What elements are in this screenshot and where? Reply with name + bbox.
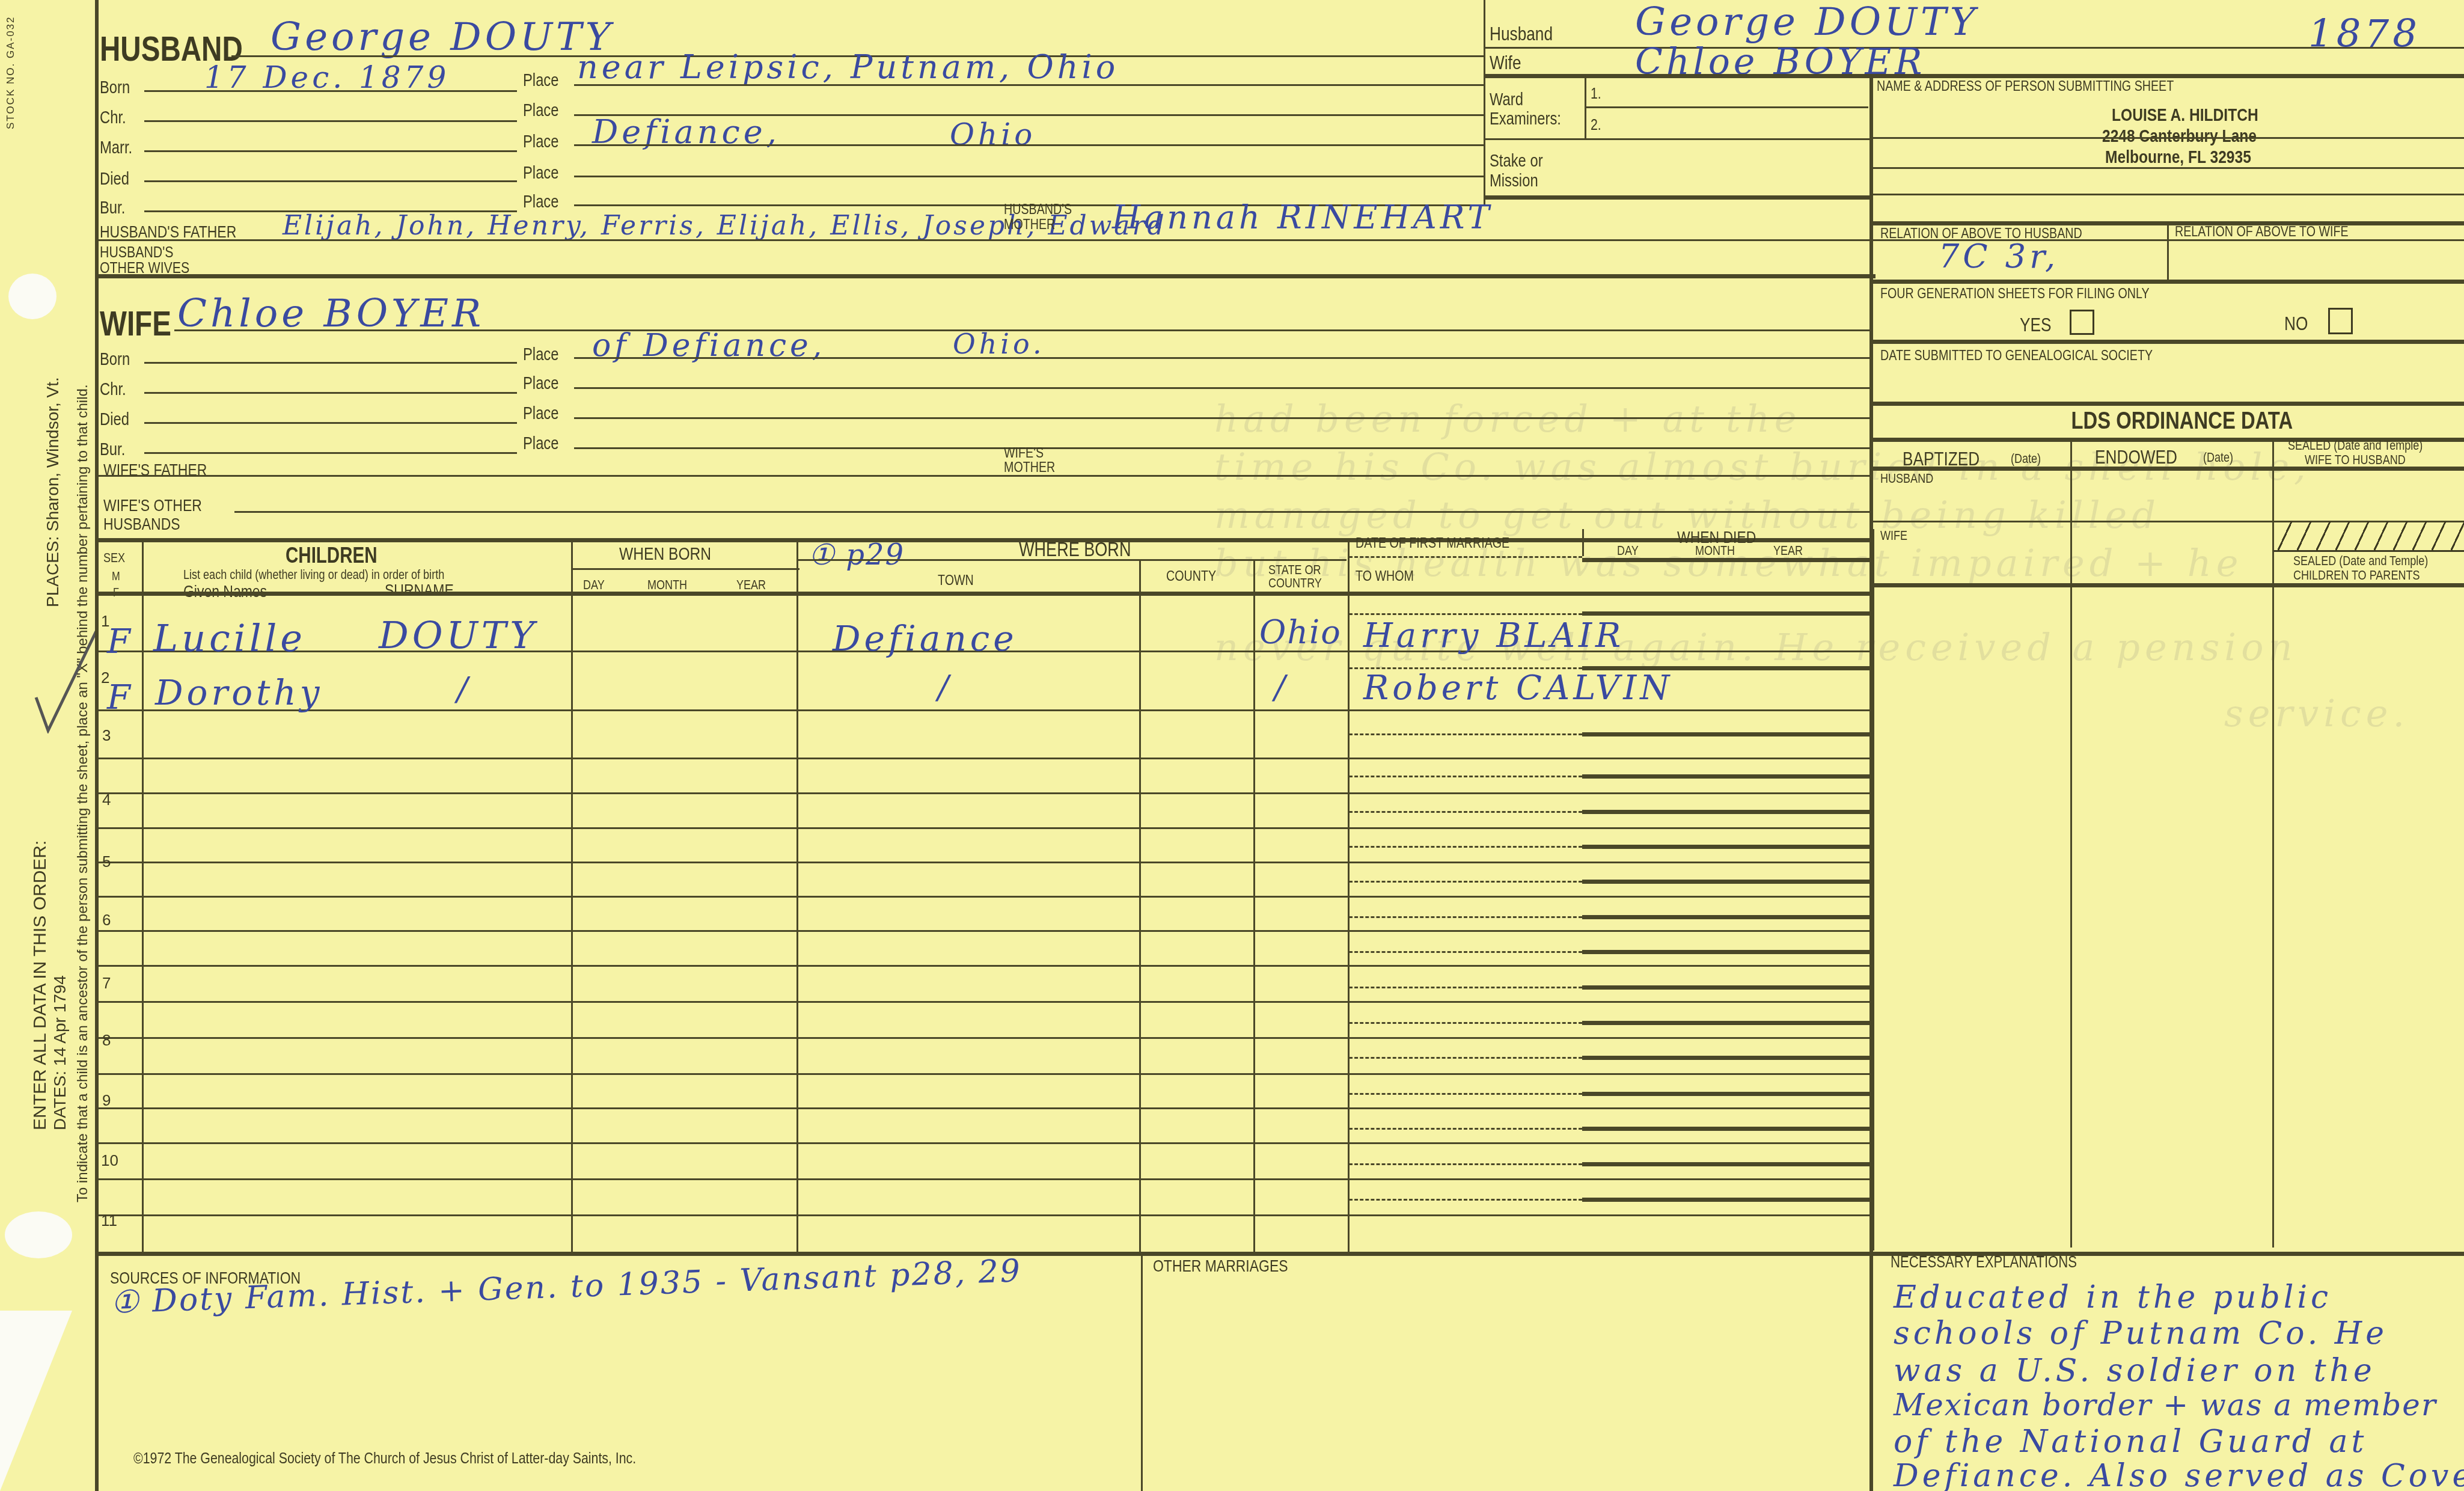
place-label: Place [523,132,558,152]
marriage-dash [1349,1163,1582,1165]
died-line [1582,1162,1871,1166]
relation-husband-value[interactable]: 7C 3r, [1939,237,2059,275]
lds-husband-row: HUSBAND [1880,471,1933,486]
marriage-dash [1349,881,1582,883]
panel-wife-line [1485,74,2464,78]
wife-born-label: Born [100,350,130,370]
lds-col-1 [2070,439,2072,1248]
submitter-city: Melbourne, FL 32935 [2105,147,2251,168]
died-line [1582,1198,1871,1202]
wife-died-place-line [574,417,1869,419]
wife-chr-place-line [574,387,1869,389]
county-header: COUNTY [1166,568,1216,585]
row-line [96,1037,1872,1039]
m-header: M [112,570,120,584]
wife-chr-label: Chr. [100,380,126,400]
child-sex[interactable]: F [107,622,134,661]
date-submitted-bottom [1871,402,2464,406]
wife-born-place-line [574,357,1869,359]
ward-examiner-2[interactable]: 2. [1591,115,1601,134]
place-label: Place [523,434,558,454]
row-line [96,965,1872,967]
husband-died-place-line [574,176,1485,177]
row-line [96,1214,1872,1216]
died-line [1582,845,1871,849]
marriage-dash [1349,1093,1582,1095]
to-whom-header: TO WHOM [1356,568,1414,585]
died-line [1582,774,1871,779]
panel-year[interactable]: 1878 [2308,12,2421,57]
family-group-sheet: had been forced + at the time his Co. wa… [0,0,2464,1491]
wife-bur-line [144,452,517,454]
child-given-name[interactable]: Dorothy [155,672,323,713]
died-line [1582,915,1871,919]
submitter-line-2 [1871,167,2464,169]
husband-born-place-line [574,84,1485,86]
checkmark-icon [30,625,102,733]
died-line [1582,1021,1871,1025]
sources-divider [1141,1253,1143,1491]
marriage-dash [1349,1199,1582,1201]
husbands-mother-label-2: MOTHER [1004,216,1055,233]
when-died-divider [1582,529,1584,556]
child-surname[interactable]: DOUTY [379,613,538,657]
bottom-section-top [96,1252,2464,1256]
town-header: TOWN [938,572,974,589]
first-marriage-dash [1349,556,1582,558]
wife-heading: WIFE [100,304,171,344]
died-label: Died [100,170,129,189]
child-town[interactable]: / [938,669,952,706]
row-number-3: 3 [102,726,111,745]
row-line [96,827,1872,829]
husbands-mother-label: HUSBAND'S [1004,201,1072,218]
row-line [96,862,1872,863]
wife-chr-line [144,392,517,394]
explanation-line[interactable]: of the National Guard at [1894,1424,2367,1460]
lds-col-2 [2272,439,2274,1248]
husband-section-bottom [96,274,1876,278]
husband-marr-line [144,150,517,152]
marriage-dash [1349,1128,1582,1130]
explanations-label: NECESSARY EXPLANATIONS [1891,1253,2077,1272]
marriage-dash [1349,613,1582,615]
children-right-border [1872,529,1874,1251]
lds-wife-row: WIFE [1880,528,1907,543]
when-born-header: WHEN BORN [619,544,711,565]
wife-bur-label: Bur. [100,440,125,460]
place-label: Place [523,71,558,91]
husband-marr-place-line [574,144,1485,146]
died-day-header: DAY [1617,543,1639,559]
ward-bottom-line [1485,138,1869,140]
ancestor-instruction: To indicate that a child is an ancestor … [75,384,91,1202]
died-line [1582,1092,1871,1096]
husband-born-line [144,90,517,92]
where-born-source-note[interactable]: ① p29 [809,538,905,572]
row-line [96,1001,1872,1003]
born-day-header: DAY [583,577,605,593]
lds-header-bottom [1871,467,2464,471]
first-marriage-header: DATE OF FIRST MARRIAGE [1356,535,1509,552]
child-state[interactable]: Ohio [1259,613,1342,651]
punch-hole-top [8,274,57,319]
state-header-2: COUNTRY [1268,575,1322,591]
wife-other-husbands-label-2: HUSBANDS [103,515,180,534]
endowed-header: ENDOWED [2095,446,2177,468]
place-label: Place [523,164,558,183]
row-line [96,1178,1872,1180]
wife-bur-place-line [574,447,1869,449]
born-label: Born [100,78,130,98]
father-line [96,239,2464,241]
husband-born-place[interactable]: near Leipsic, Putnam, Ohio [577,48,1119,86]
marriage-dash [1349,811,1582,813]
child-town[interactable]: Defiance [833,618,1018,659]
died-line [1582,1056,1871,1060]
born-month-header: MONTH [647,577,687,593]
mission-label: Mission [1490,171,1538,191]
sealed-children-header-2: CHILDREN TO PARENTS [2293,568,2420,583]
ward-label: Ward [1490,90,1523,110]
marriage-dash [1349,916,1582,918]
died-line [1582,732,1871,736]
panel-husband-label: Husband [1490,23,1553,45]
yes-label: YES [2020,314,2052,336]
form-left-border [95,0,99,1491]
child-given-name[interactable]: Lucille [153,616,306,660]
wife-other-husbands-label: WIFE'S OTHER [103,496,202,515]
submitter-name: LOUISE A. HILDITCH [2112,105,2258,126]
died-month-header: MONTH [1695,543,1735,559]
row-line [96,709,1872,711]
explanation-line[interactable]: Educated in the public [1894,1279,2332,1315]
row-number-10: 10 [101,1151,118,1170]
died-line [1582,810,1871,814]
row-number-9: 9 [102,1091,111,1110]
ward-1-line [1586,106,1868,108]
died-line [1582,1127,1871,1131]
place-label: Place [523,101,558,121]
row-line [96,1073,1872,1075]
wife-died-label: Died [100,410,129,430]
stake-bottom-line [1485,195,1869,200]
explanation-line[interactable]: was a U.S. soldier on the [1894,1353,2376,1389]
child-sex[interactable]: F [107,678,134,717]
wifes-mother-label-2: MOTHER [1004,459,1055,476]
wifes-father-label: WIFE'S FATHER [103,461,207,480]
submitter-line-1 [1871,137,2464,139]
wife-born-line [144,362,517,364]
row-number-5: 5 [102,853,111,871]
submitter-street: 2248 Canterbury Lane [2102,126,2257,147]
row-number-8: 8 [102,1031,111,1050]
marriage-dash [1349,846,1582,848]
row-number-6: 6 [102,911,111,929]
row-line [96,1142,1872,1144]
bur-label: Bur. [100,198,125,218]
marriage-dash [1349,951,1582,953]
baptized-date-suffix: (Date) [2011,451,2041,467]
hatched-area [2273,521,2464,552]
where-born-divider [796,559,1347,561]
died-line [1582,880,1871,884]
place-label: Place [523,345,558,365]
child-spouse[interactable]: Harry BLAIR [1363,616,1624,655]
other-husbands-line [234,511,1869,513]
examiners-label: Examiners: [1490,109,1561,129]
ward-examiner-1[interactable]: 1. [1591,84,1601,103]
lds-wife-bottom [1871,583,2464,587]
stock-number: STOCK NO. GA-032 [5,16,17,129]
died-year-header: YEAR [1773,543,1803,559]
when-born-divider [571,568,799,570]
wife-died-line [144,422,517,424]
died-line [1582,950,1871,954]
marriage-dash [1349,733,1582,735]
enter-order-instruction: ENTER ALL DATA IN THIS ORDER: [30,840,50,1130]
explanation-line[interactable]: Mexican border + was a member [1894,1388,2437,1422]
born-year-header: YEAR [736,577,766,593]
children-title: CHILDREN [286,543,378,568]
sex-header: SEX [103,550,125,566]
child-surname[interactable]: / [457,670,471,708]
husband-died-line [144,180,517,182]
state-divider [1253,559,1255,1252]
header-panel-left-border [1484,0,1485,204]
place-label: Place [523,404,558,424]
child-state[interactable]: / [1274,669,1289,706]
row-line [96,792,1872,794]
marriage-dash [1349,1057,1582,1059]
four-gen-bottom [1871,340,2464,344]
no-checkbox[interactable] [2328,308,2353,334]
dates-instruction: DATES: 14 Apr 1794 [50,975,70,1130]
sealed-children-header: SEALED (Date and Temple) [2293,553,2428,569]
child-spouse[interactable]: Robert CALVIN [1363,669,1673,708]
torn-corner [0,1311,72,1491]
stake-label: Stake or [1490,152,1543,171]
wife-born-state[interactable]: Ohio. [953,328,1045,360]
punch-hole-bottom [5,1211,72,1258]
place-label: Place [523,192,558,212]
panel-husband-line [1485,47,2464,49]
lds-title: LDS ORDINANCE DATA [2071,408,2293,435]
sealed-wife-header-2: WIFE TO HUSBAND [2305,452,2406,468]
relation-divider [2167,222,2169,280]
submitter-label: NAME & ADDRESS OF PERSON SUBMITTING SHEE… [1877,78,2174,95]
wife-father-line [96,475,1869,477]
marriage-dash [1349,1022,1582,1024]
row-number-7: 7 [102,974,111,993]
died-line [1582,985,1871,990]
husbands-mother-value[interactable]: Hannah RINEHART [1112,198,1493,236]
marriage-dash [1349,776,1582,777]
husband-marr-state[interactable]: Ohio [950,117,1036,152]
when-died-bottom [1582,558,1871,562]
sources-value[interactable]: ① Doty Fam. Hist. + Gen. to 1935 - Vansa… [110,1253,1023,1321]
row-line [96,758,1872,759]
surname-header: SURNAME [385,581,454,600]
explanation-line[interactable]: schools of Putnam Co. He [1894,1315,2388,1352]
row-line [96,896,1872,898]
relation-bottom [1871,280,2464,284]
submitter-line-3 [1871,194,2464,195]
other-marriages-label: OTHER MARRIAGES [1153,1257,1288,1276]
place-label: Place [523,374,558,394]
row-line [96,930,1872,932]
places-instruction: PLACES: Sharon, Windsor, Vt. [43,377,63,607]
wife-section-bottom [96,538,1872,542]
relation-wife-label: RELATION OF ABOVE TO WIFE [2175,224,2349,240]
row-number-11: 11 [101,1211,117,1230]
where-born-header: WHERE BORN [1019,538,1131,561]
no-label: NO [2284,313,2308,335]
copyright-notice: ©1972 The Genealogical Society of The Ch… [133,1449,636,1468]
panel-wife-label: Wife [1490,52,1521,74]
endowed-date-suffix: (Date) [2203,450,2233,465]
county-divider [1139,559,1141,1252]
children-header-bottom [96,592,1872,596]
row-number-4: 4 [102,791,111,809]
row-line [96,1107,1872,1109]
husband-chr-line [144,120,517,122]
husband-name[interactable]: George DOUTY [271,15,614,60]
date-submitted-label: DATE SUBMITTED TO GENEALOGICAL SOCIETY [1880,347,2153,364]
marr-label: Marr. [100,138,132,158]
died-line [1582,611,1871,616]
four-gen-label: FOUR GENERATION SHEETS FOR FILING ONLY [1880,286,2150,302]
sealed-wife-header: SEALED (Date and Temple) [2288,438,2423,453]
panel-husband-value[interactable]: George DOUTY [1635,0,1979,44]
explanation-line[interactable]: Defiance. Also served as Cove [1894,1458,2464,1491]
yes-checkbox[interactable] [2070,310,2094,335]
marriage-dash [1349,987,1582,988]
chr-label: Chr. [100,108,126,128]
